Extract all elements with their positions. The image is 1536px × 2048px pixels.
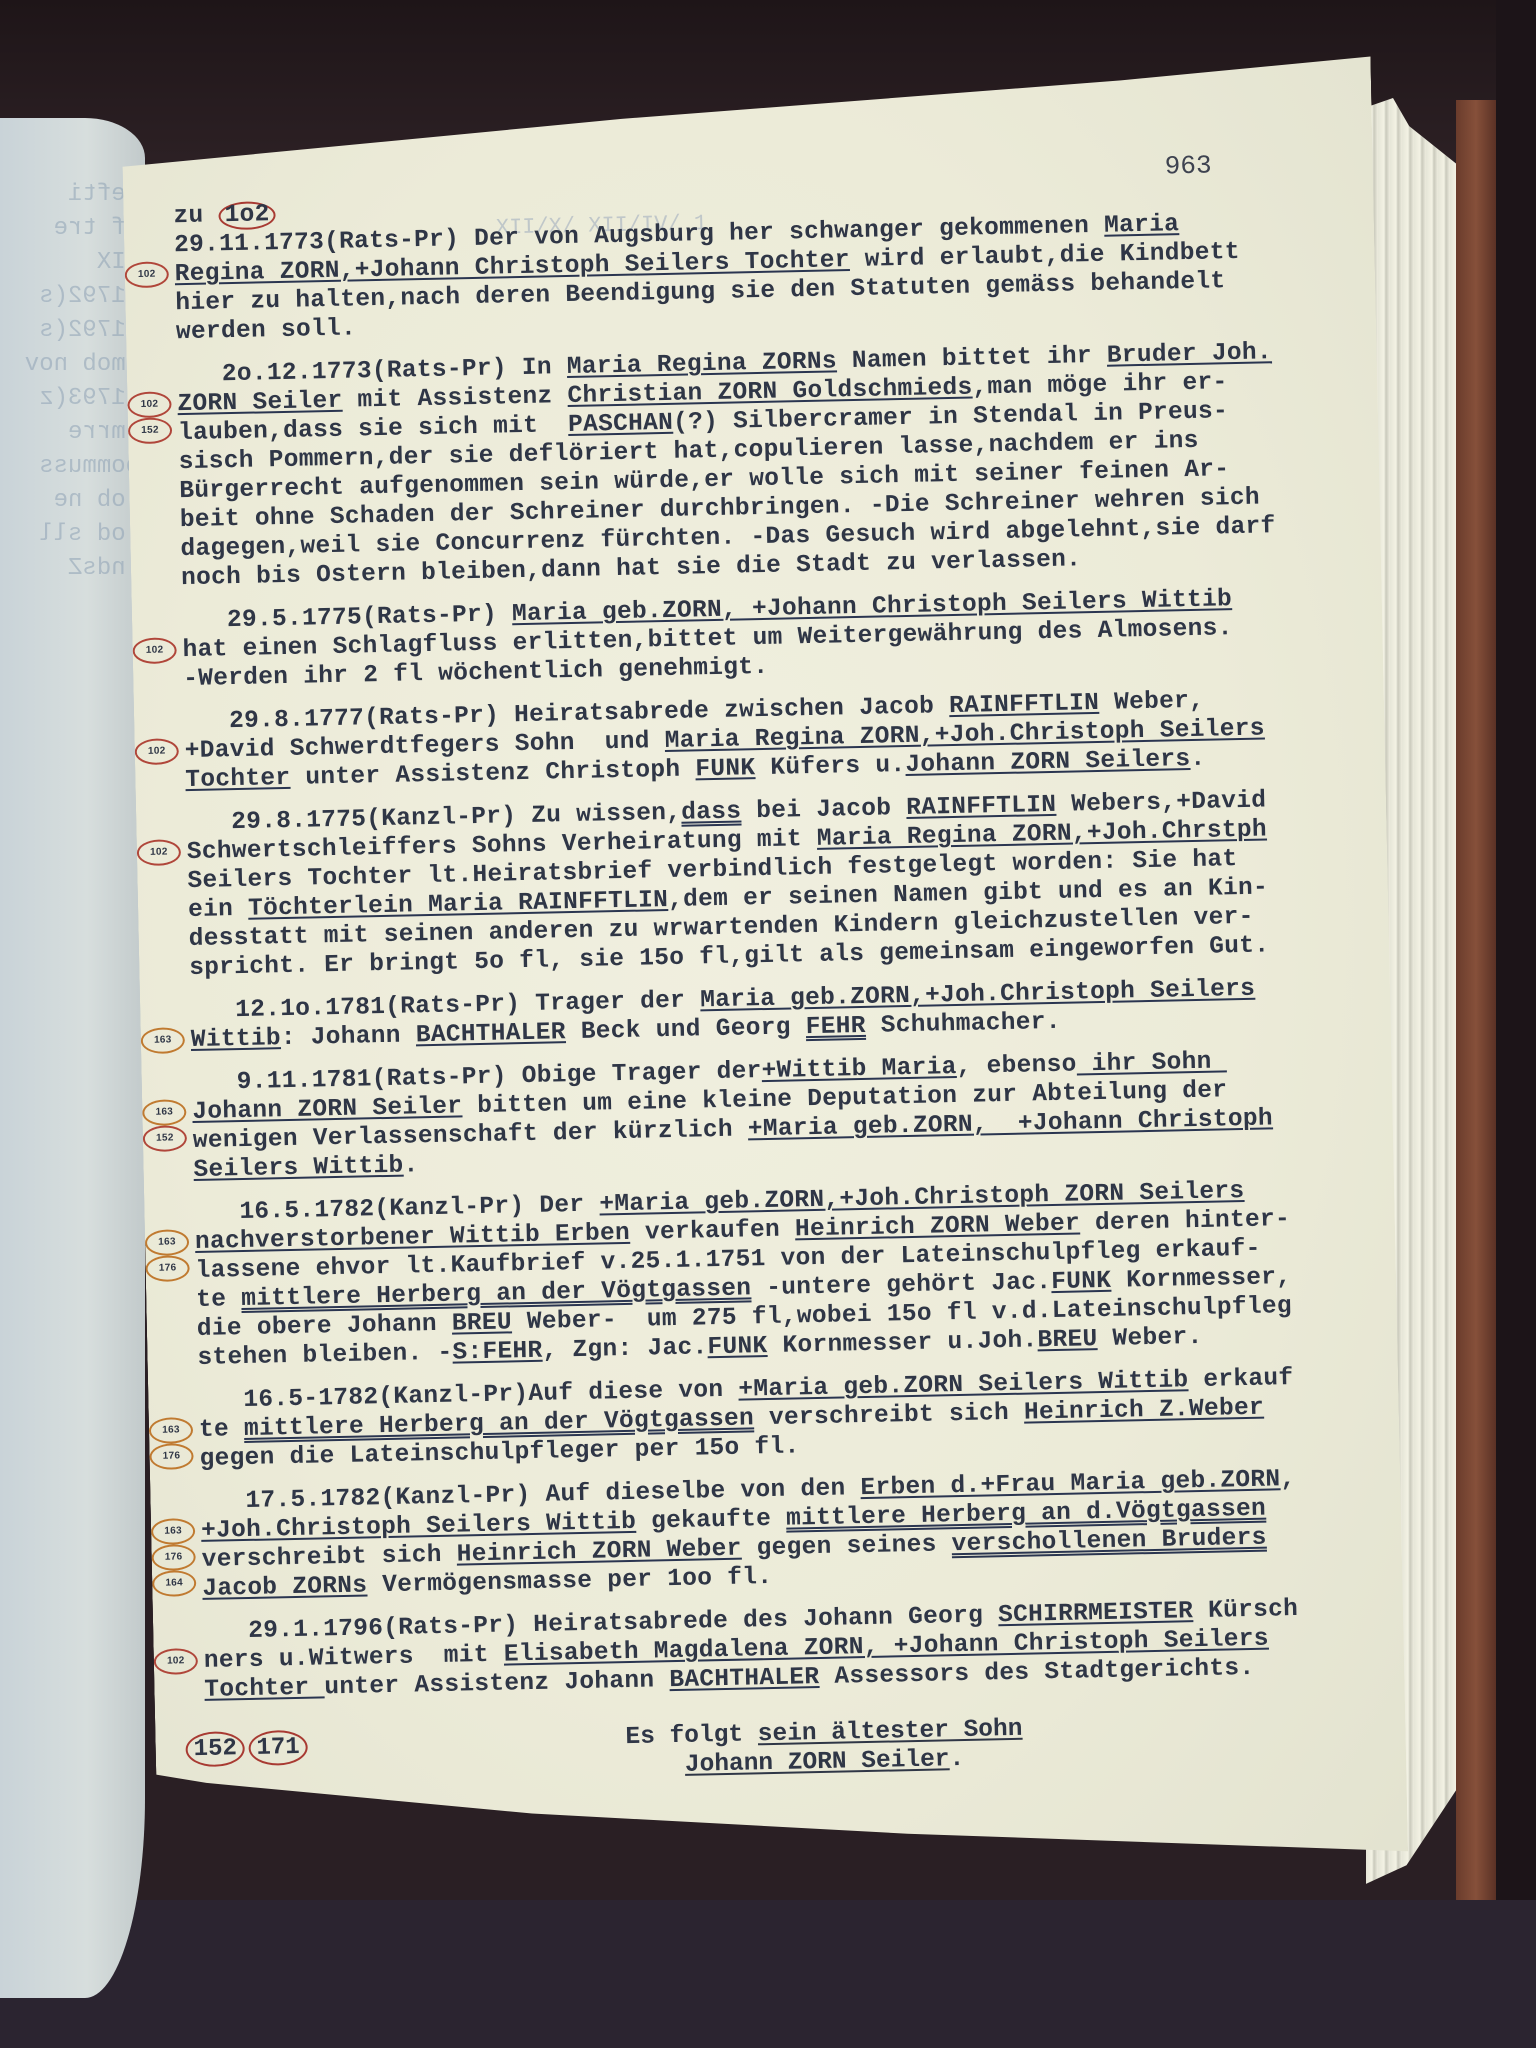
text-segment: Namen bittet ihr [837, 343, 1108, 376]
underlined-text: BACHTHALER [416, 1019, 567, 1049]
text-segment: bei Jacob [741, 795, 907, 825]
text-segment: verschreibt sich [201, 1542, 457, 1574]
text-segment: erkauf [1188, 1365, 1294, 1394]
underlined-text: dass [681, 798, 742, 826]
text-segment: Beck und Georg [566, 1014, 807, 1046]
circled-ref: 1o2 [218, 201, 276, 230]
margin-reference-mark: 163 [149, 1417, 194, 1444]
underlined-text: verschollenen Bruders [951, 1525, 1267, 1559]
underlined-text: Tochter [204, 1674, 325, 1704]
margin-reference-mark: 102 [125, 261, 170, 288]
margin-reference-mark: 102 [135, 738, 180, 765]
underlined-text: ZORN Seiler [177, 388, 343, 418]
text-segment: unter Assistenz Johann [324, 1667, 670, 1701]
underlined-text: BREU [1037, 1326, 1098, 1354]
text-segment: Kornmesser u.Joh. [767, 1327, 1038, 1360]
text-segment: gekaufte [636, 1506, 787, 1536]
underlined-text: PASCHAN [568, 410, 674, 439]
text-segment: gegen seines [741, 1531, 952, 1562]
text-segment: Weber. [1097, 1324, 1203, 1353]
text-segment: Vermögensmasse per 1oo fl. [367, 1564, 773, 1599]
text-segment: unter Assistenz Christoph [290, 756, 696, 791]
margin-reference-mark: 102 [137, 839, 182, 866]
text-segment: : Johann [281, 1022, 417, 1052]
text-segment: te [196, 1286, 242, 1314]
text-segment: verkaufen [630, 1216, 796, 1246]
margin-reference-mark: 163 [142, 1099, 187, 1126]
margin-reference-mark: 176 [145, 1255, 190, 1282]
underlined-text: RAINFFTLIN [949, 690, 1100, 720]
document-entry: 17.5.1782(Kanzl-Pr) Auf dieselbe von den… [200, 1464, 1352, 1604]
footer-note: Es folgt sein ältester Sohn Johann ZORN … [625, 1715, 1023, 1781]
underlined-text: +Wittib Maria [761, 1054, 957, 1085]
text-segment: ein [188, 896, 249, 924]
text-segment: mit Assistenz [342, 383, 568, 415]
text-segment: . [403, 1152, 419, 1179]
document-entry: 9.11.1781(Rats-Pr) Obige Trager der+Witt… [191, 1045, 1343, 1185]
margin-reference-mark: 102 [127, 391, 172, 418]
text-segment: , [1280, 1466, 1296, 1493]
underlined-text: SCHIRRMEISTER [998, 1598, 1194, 1629]
underlined-text: FEHR [806, 1013, 867, 1041]
underlined-text: Bruder Joh. [1107, 339, 1273, 369]
text-segment: Webers,+David [1056, 787, 1267, 818]
underlined-text: Jacob ZORNs [202, 1572, 368, 1602]
margin-reference-mark: 102 [154, 1648, 199, 1675]
text-segment: , Zgn: Jac. [542, 1334, 708, 1364]
underlined-text: ihr Sohn [1076, 1048, 1227, 1078]
document-entry: 2o.12.1773(Rats-Pr) In Maria Regina ZORN… [177, 337, 1332, 593]
margin-reference-mark: 164 [152, 1570, 197, 1597]
underlined-text: FUNK [695, 755, 756, 783]
margin-reference-mark: 163 [141, 1027, 186, 1054]
text-segment: verschreibt sich [754, 1400, 1025, 1433]
entries-list: 29.11.1773(Rats-Pr) Der von Augsburg her… [174, 207, 1355, 1705]
page-number: 963 [1164, 150, 1211, 181]
document-entry: 29.1.1796(Rats-Pr) Heiratsabrede des Joh… [203, 1594, 1355, 1705]
margin-reference-mark: 176 [149, 1443, 194, 1470]
footer-ref-2: 171 [248, 1730, 308, 1766]
underlined-text: Maria [1104, 211, 1180, 240]
text-segment: werden soll. [176, 315, 357, 346]
text-segment: Kürsch [1193, 1596, 1299, 1625]
document-entry: 29.8.1777(Rats-Pr) Heiratsabrede zwische… [184, 684, 1336, 795]
text-segment: deren hinter- [1080, 1206, 1291, 1237]
document-entry: 29.5.1775(Rats-Pr) Maria geb.ZORN, +Joha… [182, 583, 1334, 694]
book-cover-edge [1456, 100, 1496, 1940]
margin-reference-mark: 176 [151, 1544, 196, 1571]
left-page-bleed-text: gefti nf tre .IX .1792(s .1792(s mob nov… [0, 178, 140, 586]
underlined-text: FUNK [1051, 1268, 1112, 1296]
background-bottom [0, 1900, 1536, 2048]
underlined-text: Heinrich Z.Weber [1024, 1395, 1265, 1427]
underlined-text: Tochter [185, 765, 291, 794]
footer-ref-1: 152 [185, 1731, 245, 1767]
document-entry: 12.1o.1781(Rats-Pr) Trager der Maria geb… [190, 973, 1341, 1055]
text-segment: te [199, 1416, 245, 1444]
underlined-text: Maria Regina ZORNs [567, 348, 838, 381]
left-page-facing: gefti nf tre .IX .1792(s .1792(s mob nov… [0, 118, 145, 1998]
document-page: 963 XII/X/ XII/IV/ 1 zu 1o2 29.11.1773(R… [121, 47, 1410, 1943]
background-right [1496, 0, 1536, 2048]
document-entry: 16.5.1782(Kanzl-Pr) Der +Maria geb.ZORN,… [194, 1175, 1347, 1373]
text-segment: Schuhmacher. [866, 1009, 1062, 1040]
underlined-text: FUNK [707, 1333, 768, 1361]
text-segment: stehen bleiben. - [197, 1340, 453, 1372]
document-body: zu 1o2 29.11.1773(Rats-Pr) Der von Augsb… [173, 178, 1355, 1719]
footer-references: 152 171 [185, 1730, 302, 1767]
document-entry: 16.5-1782(Kanzl-Pr)Auf diese von +Maria … [198, 1363, 1350, 1474]
underlined-text: Wittib [191, 1025, 282, 1054]
underlined-text: BACHTHALER [669, 1664, 820, 1694]
text-segment: , ebenso [956, 1051, 1077, 1081]
text-segment: Küfers u. [755, 752, 906, 782]
underlined-text: RAINFFTLIN [906, 792, 1057, 822]
text-segment: . [1190, 746, 1206, 773]
margin-reference-mark: 102 [132, 637, 177, 664]
margin-reference-mark: 152 [128, 417, 173, 444]
document-entry: 29.11.1773(Rats-Pr) Der von Augsburg her… [174, 207, 1326, 347]
underlined-text: BREU [452, 1309, 513, 1337]
text-segment: ,man möge ihr er- [972, 369, 1228, 401]
underlined-text: Johann ZORN Seilers [905, 746, 1191, 779]
underlined-text: S:FEHR [452, 1338, 543, 1367]
margin-reference-mark: 152 [143, 1125, 188, 1152]
margin-reference-mark: 163 [145, 1229, 190, 1256]
margin-reference-mark: 163 [151, 1518, 196, 1545]
text-segment: die obere Johann [197, 1311, 453, 1343]
underlined-text: Seilers Wittib [193, 1153, 404, 1184]
document-entry: 29.8.1775(Kanzl-Pr) Zu wissen,dass bei J… [186, 785, 1339, 983]
text-segment: Weber, [1099, 688, 1205, 717]
underlined-text: Johann ZORN Seiler [192, 1093, 463, 1126]
text-segment: Kornmesser, [1111, 1264, 1292, 1295]
